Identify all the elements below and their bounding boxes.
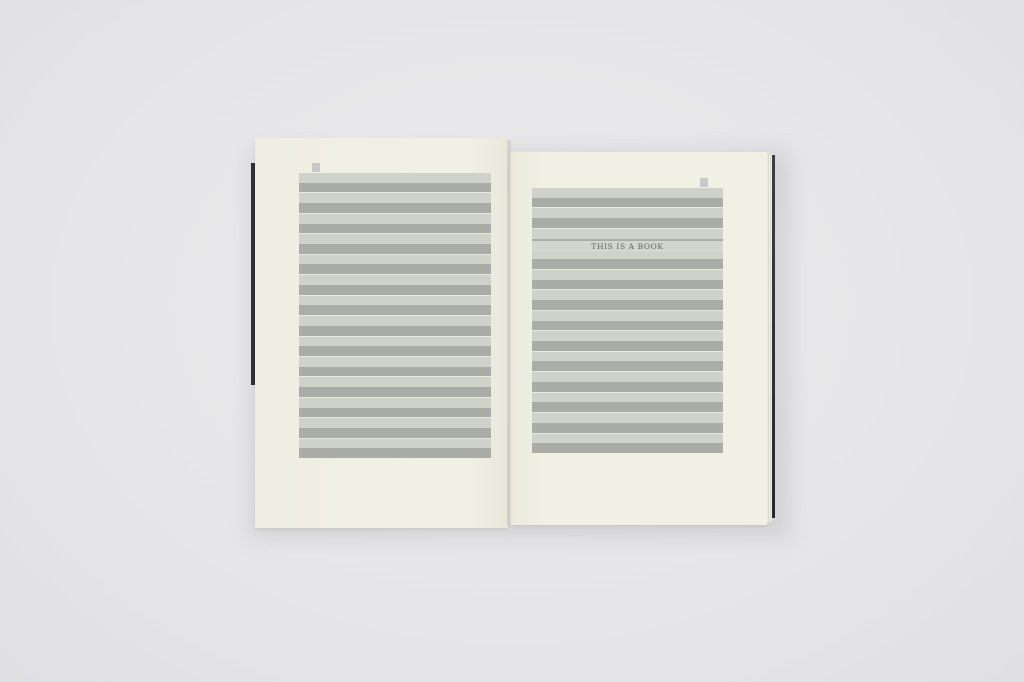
text-band [299, 439, 491, 449]
text-band [532, 443, 723, 453]
book-title-text: THIS IS A BOOK [532, 242, 723, 251]
text-band [532, 434, 723, 444]
text-band [299, 193, 491, 203]
text-band [532, 321, 723, 331]
text-band [299, 234, 491, 244]
left-striped-text-block [299, 173, 491, 458]
text-band [299, 183, 491, 193]
text-band [532, 341, 723, 351]
text-band [532, 361, 723, 371]
text-band [299, 305, 491, 315]
text-band [299, 224, 491, 234]
text-band [532, 402, 723, 412]
text-band [299, 418, 491, 428]
text-band [299, 173, 491, 183]
right-page-tab-mark [700, 178, 708, 187]
text-band [299, 203, 491, 213]
text-band [532, 208, 723, 218]
text-band [532, 311, 723, 321]
text-band [299, 398, 491, 408]
text-band [532, 270, 723, 280]
text-band [299, 428, 491, 438]
text-band [532, 393, 723, 403]
text-band [532, 198, 723, 208]
right-striped-text-block [532, 188, 723, 453]
text-band [532, 290, 723, 300]
text-band [299, 264, 491, 274]
text-band [532, 300, 723, 310]
left-page-tab-mark [312, 163, 320, 172]
text-band [532, 423, 723, 433]
text-band [299, 408, 491, 418]
text-band [299, 337, 491, 347]
book-gutter [506, 140, 512, 525]
text-band [532, 280, 723, 290]
text-band [532, 382, 723, 392]
text-band [299, 367, 491, 377]
text-band [532, 331, 723, 341]
text-band [299, 346, 491, 356]
text-band [532, 188, 723, 198]
text-band [532, 218, 723, 228]
text-band [299, 296, 491, 306]
text-band [299, 387, 491, 397]
text-band [299, 214, 491, 224]
text-band [299, 326, 491, 336]
text-band [299, 244, 491, 254]
text-band [299, 448, 491, 458]
text-band [299, 285, 491, 295]
text-band [532, 372, 723, 382]
text-band [299, 377, 491, 387]
text-band [532, 229, 723, 239]
text-band [299, 316, 491, 326]
text-band [299, 255, 491, 265]
text-band [532, 259, 723, 269]
text-band [299, 275, 491, 285]
text-band [532, 352, 723, 362]
text-band [299, 357, 491, 367]
photo-scene: THIS IS A BOOK [0, 0, 1024, 682]
text-band [532, 413, 723, 423]
